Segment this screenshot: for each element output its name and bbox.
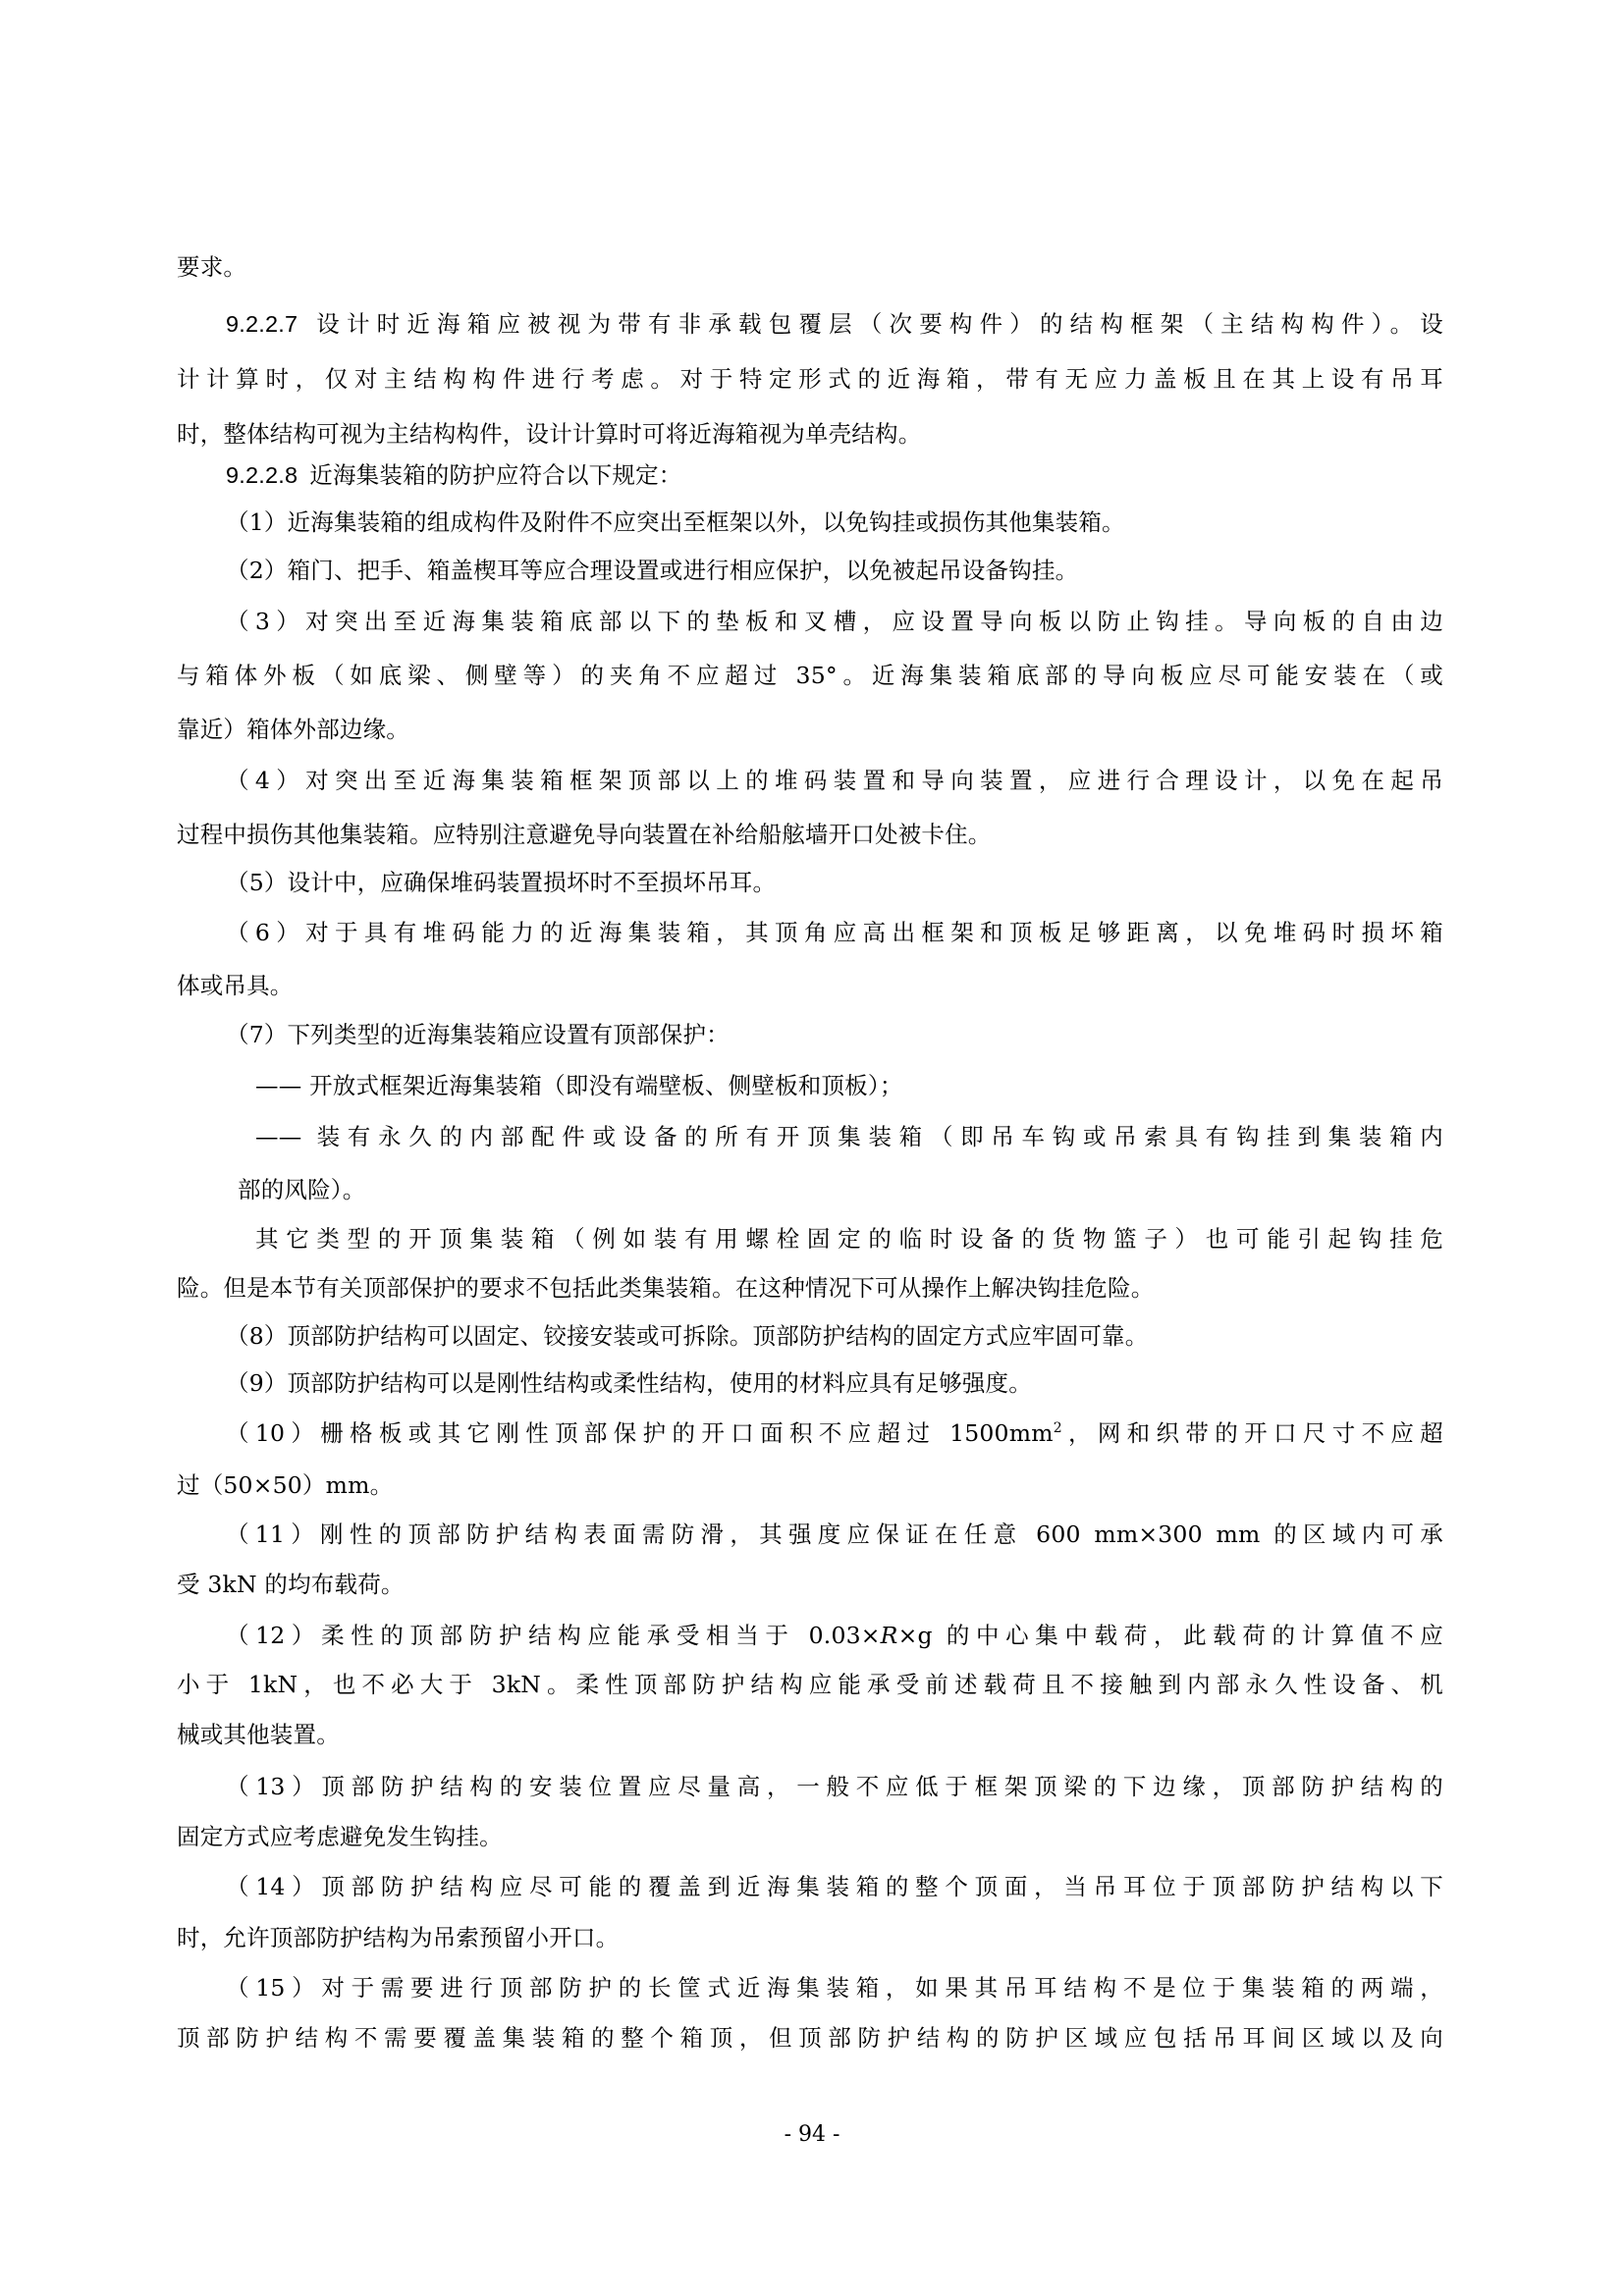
superscript: 2 — [1054, 1420, 1062, 1436]
clause-9-2-2-8-heading: 9.2.2.8近海集装箱的防护应符合以下规定： — [226, 459, 1443, 491]
item-9: （9）顶部防护结构可以是刚性结构或柔性结构，使用的材料应具有足够强度。 — [226, 1367, 1443, 1399]
item-12-line-2: 小于 1kN，也不必大于 3kN。柔性顶部防护结构应能承受前述载荷且不接触到内部… — [177, 1669, 1443, 1700]
item-4-line-1: （4）对突出至近海集装箱框架顶部以上的堆码装置和导向装置，应进行合理设计，以免在… — [226, 765, 1443, 796]
note-paragraph-line-1: 其它类型的开顶集装箱（例如装有用螺栓固定的临时设备的货物篮子）也可能引起钩挂危 — [255, 1223, 1443, 1255]
clause-9-2-2-7-line-3: 时，整体结构可视为主结构构件，设计计算时可将近海箱视为单壳结构。 — [177, 418, 1443, 450]
item-6-line-1: （6）对于具有堆码能力的近海集装箱，其顶角应高出框架和顶板足够距离，以免堆码时损… — [226, 917, 1443, 948]
item-3-line-3: 靠近）箱体外部边缘。 — [177, 714, 1443, 745]
item-15-line-2: 顶部防护结构不需要覆盖集装箱的整个箱顶，但顶部防护结构的防护区域应包括吊耳间区域… — [177, 2022, 1443, 2054]
item-1: （1）近海集装箱的组成构件及附件不应突出至框架以外，以免钩挂或损伤其他集装箱。 — [226, 507, 1443, 538]
item-15-line-1: （15）对于需要进行顶部防护的长筐式近海集装箱，如果其吊耳结构不是位于集装箱的两… — [226, 1972, 1443, 2003]
page-number: - 94 - — [0, 2120, 1624, 2150]
item-13-line-2: 固定方式应考虑避免发生钩挂。 — [177, 1821, 1443, 1852]
item-8: （8）顶部防护结构可以固定、铰接安装或可拆除。顶部防护结构的固定方式应牢固可靠。 — [226, 1320, 1443, 1352]
item-4-line-2: 过程中损伤其他集装箱。应特别注意避免导向装置在补给船舷墙开口处被卡住。 — [177, 819, 1443, 850]
clause-number: 9.2.2.7 — [226, 311, 298, 337]
item-3-line-1: （3）对突出至近海集装箱底部以下的垫板和叉槽，应设置导向板以防止钩挂。导向板的自… — [226, 606, 1443, 637]
item-10-line-2: 过（50×50）mm。 — [177, 1469, 1443, 1501]
item-12-line-1: （12）柔性的顶部防护结构应能承受相当于 0.03×R×g 的中心集中载荷，此载… — [226, 1620, 1443, 1651]
item-11-line-1: （11）刚性的顶部防护结构表面需防滑，其强度应保证在任意 600 mm×300 … — [226, 1519, 1443, 1550]
item-13-line-1: （13）顶部防护结构的安装位置应尽量高，一般不应低于框架顶梁的下边缘，顶部防护结… — [226, 1771, 1443, 1802]
item-7: （7）下列类型的近海集装箱应设置有顶部保护： — [226, 1019, 1443, 1050]
clause-9-2-2-7-line-2: 计计算时，仅对主结构构件进行考虑。对于特定形式的近海箱，带有无应力盖板且在其上设… — [177, 363, 1443, 395]
clause-number: 9.2.2.8 — [226, 462, 298, 488]
item-14-line-2: 时，允许顶部防护结构为吊索预留小开口。 — [177, 1922, 1443, 1953]
item-6-line-2: 体或吊具。 — [177, 970, 1443, 1001]
dash-item-2-line-2: 部的风险）。 — [238, 1174, 1443, 1205]
item-14-line-1: （14）顶部防护结构应尽可能的覆盖到近海集装箱的整个顶面，当吊耳位于顶部防护结构… — [226, 1871, 1443, 1902]
item-11-line-2: 受 3kN 的均布载荷。 — [177, 1569, 1443, 1600]
dash-item-1: —— 开放式框架近海集装箱（即没有端壁板、侧壁板和顶板）； — [255, 1070, 1443, 1101]
item-3-line-2: 与箱体外板（如底梁、侧壁等）的夹角不应超过 35°。近海集装箱底部的导向板应尽可… — [177, 660, 1443, 691]
item-2: （2）箱门、把手、箱盖楔耳等应合理设置或进行相应保护，以免被起吊设备钩挂。 — [226, 555, 1443, 586]
item-12-line-3: 械或其他装置。 — [177, 1719, 1443, 1750]
document-page: 要求。 9.2.2.7设计时近海箱应被视为带有非承载包覆层（次要构件）的结构框架… — [0, 0, 1624, 2296]
item-5: （5）设计中，应确保堆码装置损坏时不至损坏吊耳。 — [226, 867, 1443, 898]
variable-r: R — [881, 1622, 898, 1649]
text-line-continuation: 要求。 — [177, 251, 1443, 283]
dash-item-2-line-1: —— 装有永久的内部配件或设备的所有开顶集装箱（即吊车钩或吊索具有钩挂到集装箱内 — [255, 1121, 1443, 1152]
note-paragraph-line-2: 险。但是本节有关顶部保护的要求不包括此类集装箱。在这种情况下可从操作上解决钩挂危… — [177, 1272, 1443, 1304]
clause-9-2-2-7-line-1: 9.2.2.7设计时近海箱应被视为带有非承载包覆层（次要构件）的结构框架（主结构… — [226, 308, 1443, 340]
item-10-line-1: （10）栅格板或其它刚性顶部保护的开口面积不应超过 1500mm2，网和织带的开… — [226, 1417, 1443, 1449]
